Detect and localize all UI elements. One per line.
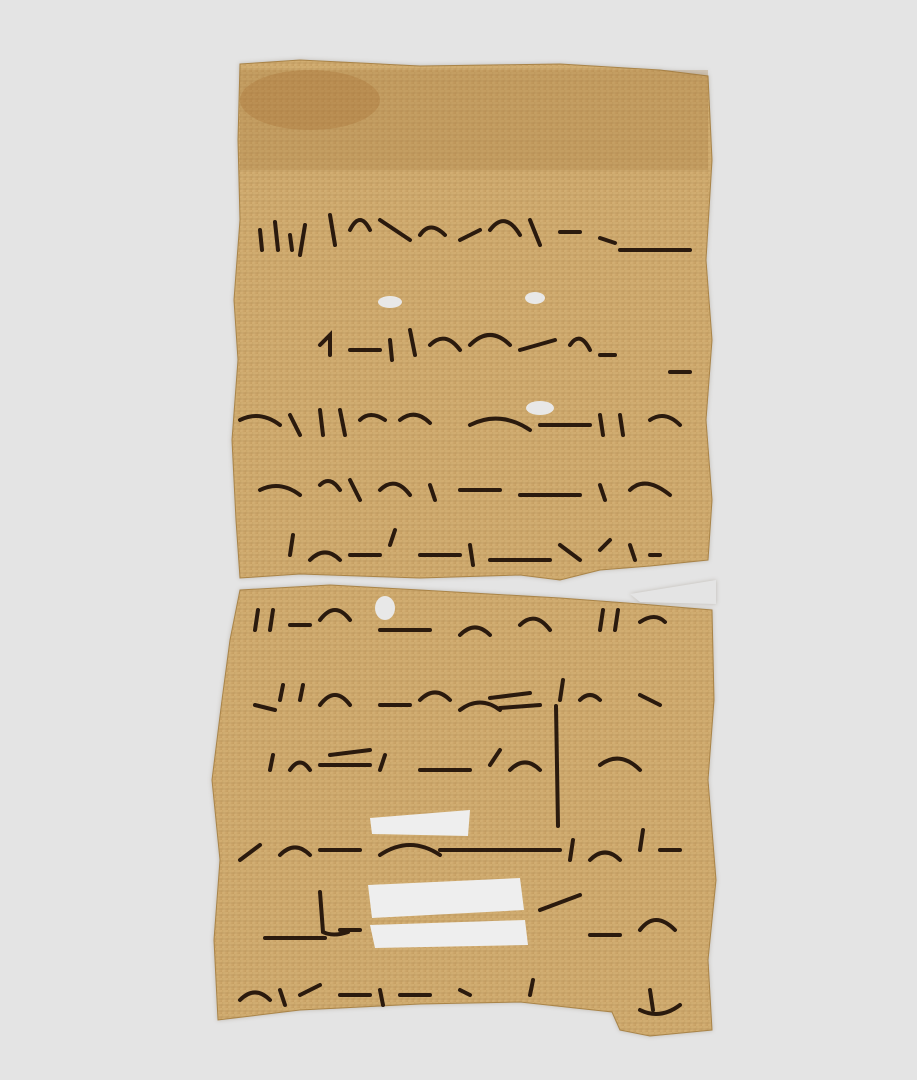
papyrus-fragment — [0, 0, 917, 1080]
photo-stage — [0, 0, 917, 1080]
